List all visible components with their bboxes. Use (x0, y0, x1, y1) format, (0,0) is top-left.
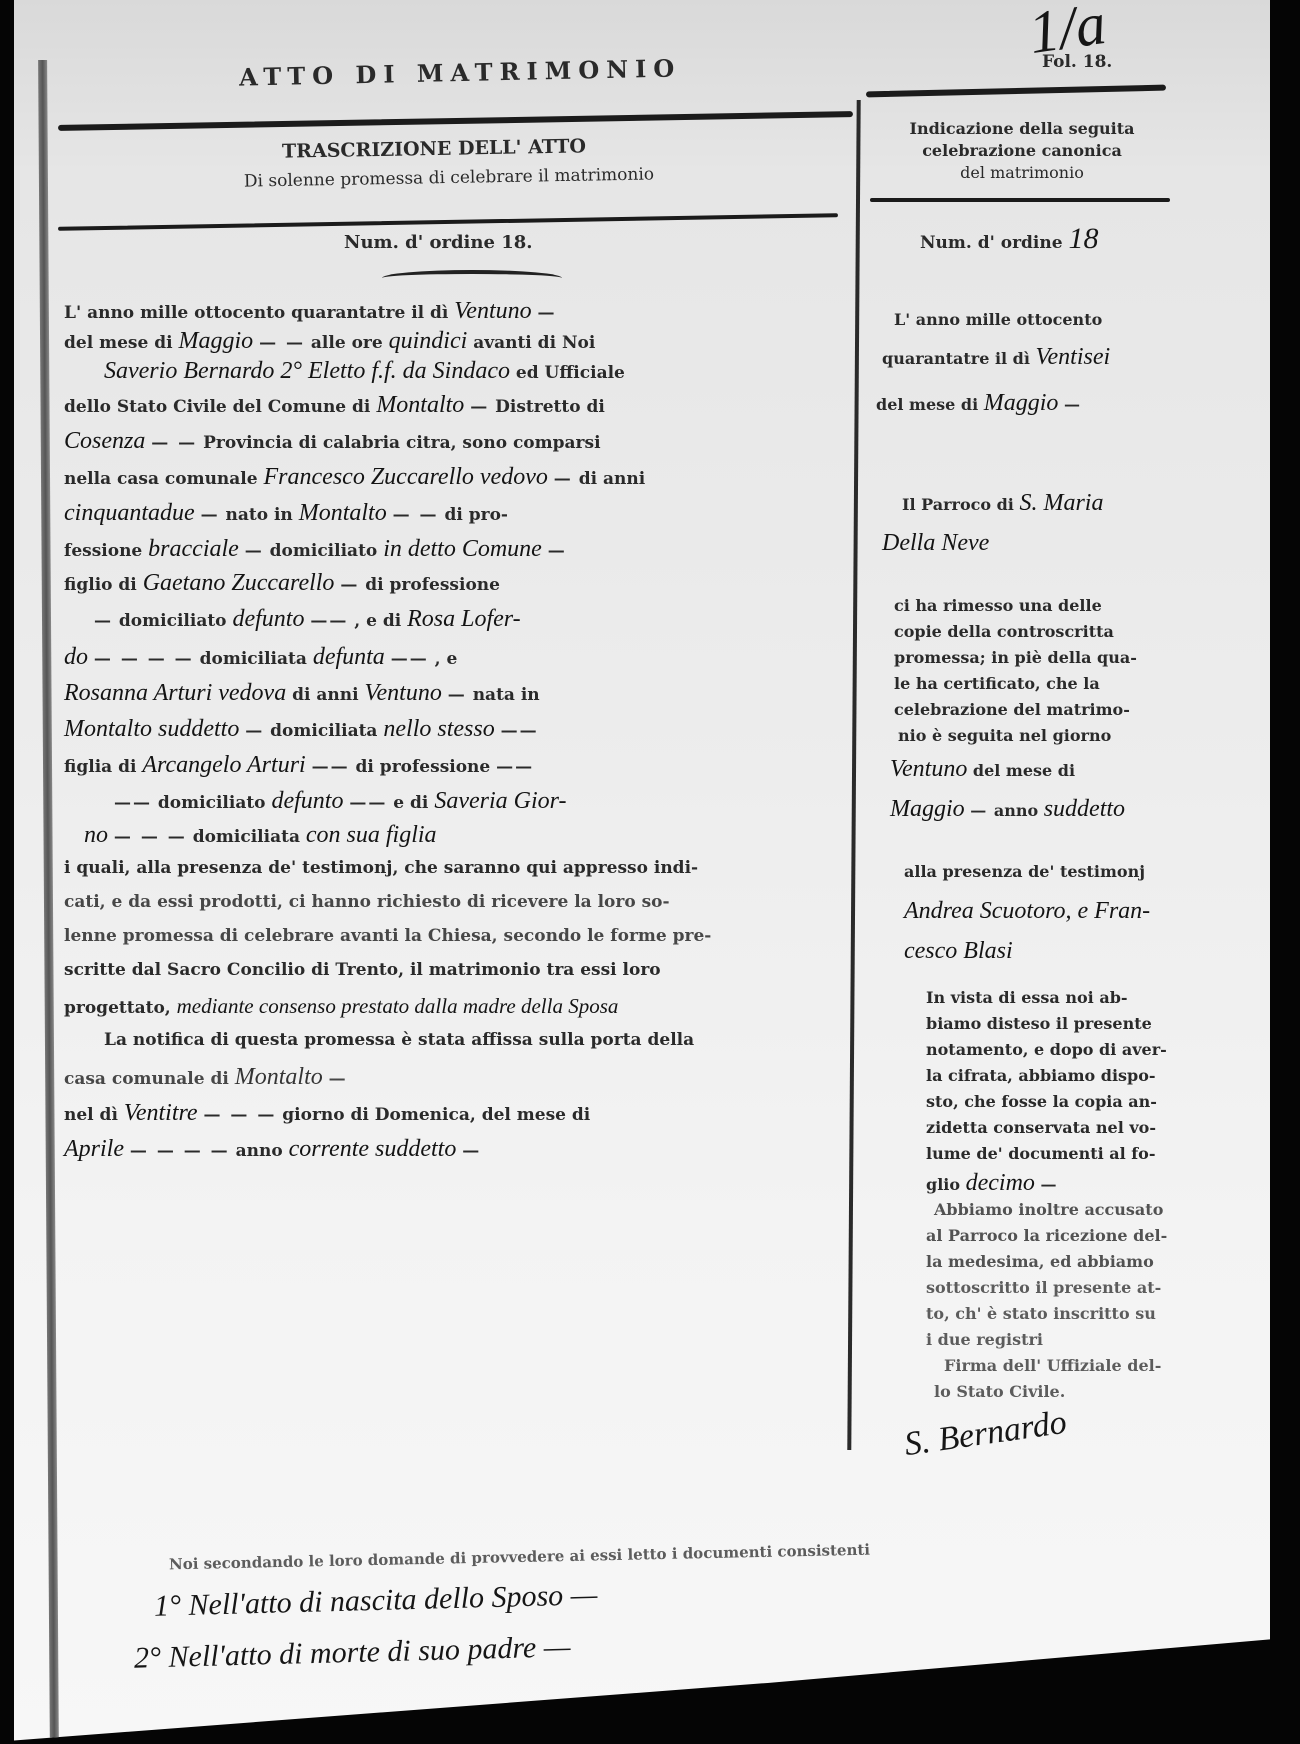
right-line-8: promessa; in piè della qua- (894, 648, 1137, 667)
header-rule-right (866, 85, 1166, 98)
right-line-20: la cifrata, abbiamo dispo- (926, 1066, 1156, 1085)
ornament-flourish (382, 270, 562, 286)
right-line-25: Abbiamo inoltre accusato (934, 1200, 1163, 1219)
left-line-25: Aprile — — — — anno corrente suddetto — (64, 1136, 481, 1163)
document-title: ATTO DI MATRIMONIO (239, 53, 682, 91)
left-order-number: Num. d' ordine 18. (344, 232, 533, 253)
right-line-9: le ha certificato, che la (894, 674, 1100, 693)
left-line-23: casa comunale di Montalto — (64, 1064, 348, 1091)
right-line-18: biamo disteso il presente (926, 1014, 1152, 1033)
binding-edge (38, 60, 59, 1744)
left-line-19: lenne promessa di celebrare avanti la Ch… (64, 926, 711, 946)
right-header-line-3: del matrimonio (872, 162, 1172, 184)
left-line-24: nel dì Ventitre — — — giorno di Domenica… (64, 1100, 590, 1127)
left-line-7: cinquantadue — nato in Montalto — — di p… (64, 500, 508, 527)
right-line-14: alla presenza de' testimonj (904, 862, 1145, 881)
right-line-29: to, ch' è stato inscritto su (926, 1304, 1156, 1323)
left-line-10: — domiciliato defunto —— , e di Rosa Lof… (94, 606, 521, 633)
left-line-18: cati, e da essi prodotti, ci hanno richi… (64, 892, 670, 912)
left-line-8: fessione bracciale — domiciliato in dett… (64, 536, 567, 563)
left-line-21: progettato, mediante consenso prestato d… (64, 994, 618, 1019)
left-line-12: Rosanna Arturi vedova di anni Ventuno — … (64, 680, 540, 707)
left-line-9: figlio di Gaetano Zuccarello — di profes… (64, 570, 500, 597)
left-line-5: Cosenza — — Provincia di calabria citra,… (64, 428, 601, 455)
right-subheader-rule (870, 198, 1170, 202)
bottom-handwritten-item-2: 2° Nell'atto di morte di suo padre — (134, 1630, 571, 1675)
bottom-printed-line: Noi secondando le loro domande di provve… (169, 1541, 870, 1574)
right-line-31: Firma dell' Uffiziale del- (944, 1356, 1161, 1375)
left-line-17: i quali, alla presenza de' testimonj, ch… (64, 858, 698, 878)
left-line-4: dello Stato Civile del Comune di Montalt… (64, 392, 605, 419)
header-rule-left (58, 111, 853, 131)
left-line-11: do — — — — domiciliata defunta —— , e (64, 644, 457, 671)
document-page: 1/a Fol. 18. ATTO DI MATRIMONIO TRASCRIZ… (14, 0, 1270, 1744)
left-line-6: nella casa comunale Francesco Zuccarello… (64, 464, 645, 491)
right-line-5: Della Neve (882, 530, 989, 557)
left-line-1: L' anno mille ottocento quarantatre il d… (64, 298, 557, 325)
left-subheader: Di solenne promessa di celebrare il matr… (164, 163, 734, 193)
column-divider (847, 100, 860, 1450)
right-order-value: 18 (1068, 222, 1098, 255)
bottom-handwritten-item-1: 1° Nell'atto di nascita dello Sposo — (154, 1578, 598, 1624)
left-line-2: del mese di Maggio — — alle ore quindici… (64, 328, 595, 355)
officer-signature: S. Bernardo (902, 1404, 1069, 1464)
right-line-11: nio è seguita nel giorno (898, 726, 1111, 745)
right-line-1: L' anno mille ottocento (894, 310, 1102, 329)
folio-number: Fol. 18. (1042, 52, 1112, 72)
right-line-3: del mese di Maggio — (876, 390, 1082, 417)
right-line-12: Ventuno del mese di (890, 756, 1075, 783)
left-line-13: Montalto suddetto — domiciliata nello st… (64, 716, 539, 743)
right-line-26: al Parroco la ricezione del- (926, 1226, 1167, 1245)
right-line-24: glio decimo — (926, 1170, 1058, 1197)
right-line-15: Andrea Scuotoro, e Fran- (904, 898, 1150, 925)
right-line-32: lo Stato Civile. (934, 1382, 1065, 1401)
left-header: TRASCRIZIONE DELL' ATTO (184, 134, 684, 165)
right-line-27: la medesima, ed abbiamo (926, 1252, 1154, 1271)
right-header-line-1: Indicazione della seguita (872, 118, 1172, 140)
right-line-10: celebrazione del matrimo- (894, 700, 1130, 719)
right-line-22: zidetta conservata nel vo- (926, 1118, 1156, 1137)
right-line-2: quarantatre il dì Ventisei (882, 344, 1110, 371)
right-line-17: In vista di essa noi ab- (926, 988, 1128, 1007)
right-header: Indicazione della seguita celebrazione c… (872, 118, 1172, 184)
left-line-3: Saverio Bernardo 2° Eletto f.f. da Sinda… (104, 358, 625, 385)
right-line-19: notamento, e dopo di aver- (926, 1040, 1167, 1059)
right-line-6: ci ha rimesso una delle (894, 596, 1102, 615)
right-line-4: Il Parroco di S. Maria (902, 490, 1103, 517)
right-line-16: cesco Blasi (904, 938, 1013, 965)
right-line-23: lume de' documenti al fo- (926, 1144, 1155, 1163)
left-line-15: —— domiciliato defunto —— e di Saveria G… (114, 788, 566, 815)
right-line-28: sottoscritto il presente at- (926, 1278, 1161, 1297)
right-order-label: Num. d' ordine (920, 233, 1063, 253)
right-line-30: i due registri (926, 1330, 1043, 1349)
left-subheader-rule (58, 213, 838, 231)
right-header-line-2: celebrazione canonica (872, 140, 1172, 162)
right-line-13: Maggio — anno suddetto (890, 796, 1125, 823)
right-order-number: Num. d' ordine 18 (920, 222, 1098, 256)
left-line-14: figlia di Arcangelo Arturi —— di profess… (64, 752, 534, 779)
left-line-20: scritte dal Sacro Concilio di Trento, il… (64, 960, 661, 980)
left-line-16: no — — — domiciliata con sua figlia (84, 822, 437, 849)
left-line-22: La notifica di questa promessa è stata a… (104, 1030, 694, 1050)
right-line-7: copie della controscritta (894, 622, 1114, 641)
right-line-21: sto, che fosse la copia an- (926, 1092, 1157, 1111)
